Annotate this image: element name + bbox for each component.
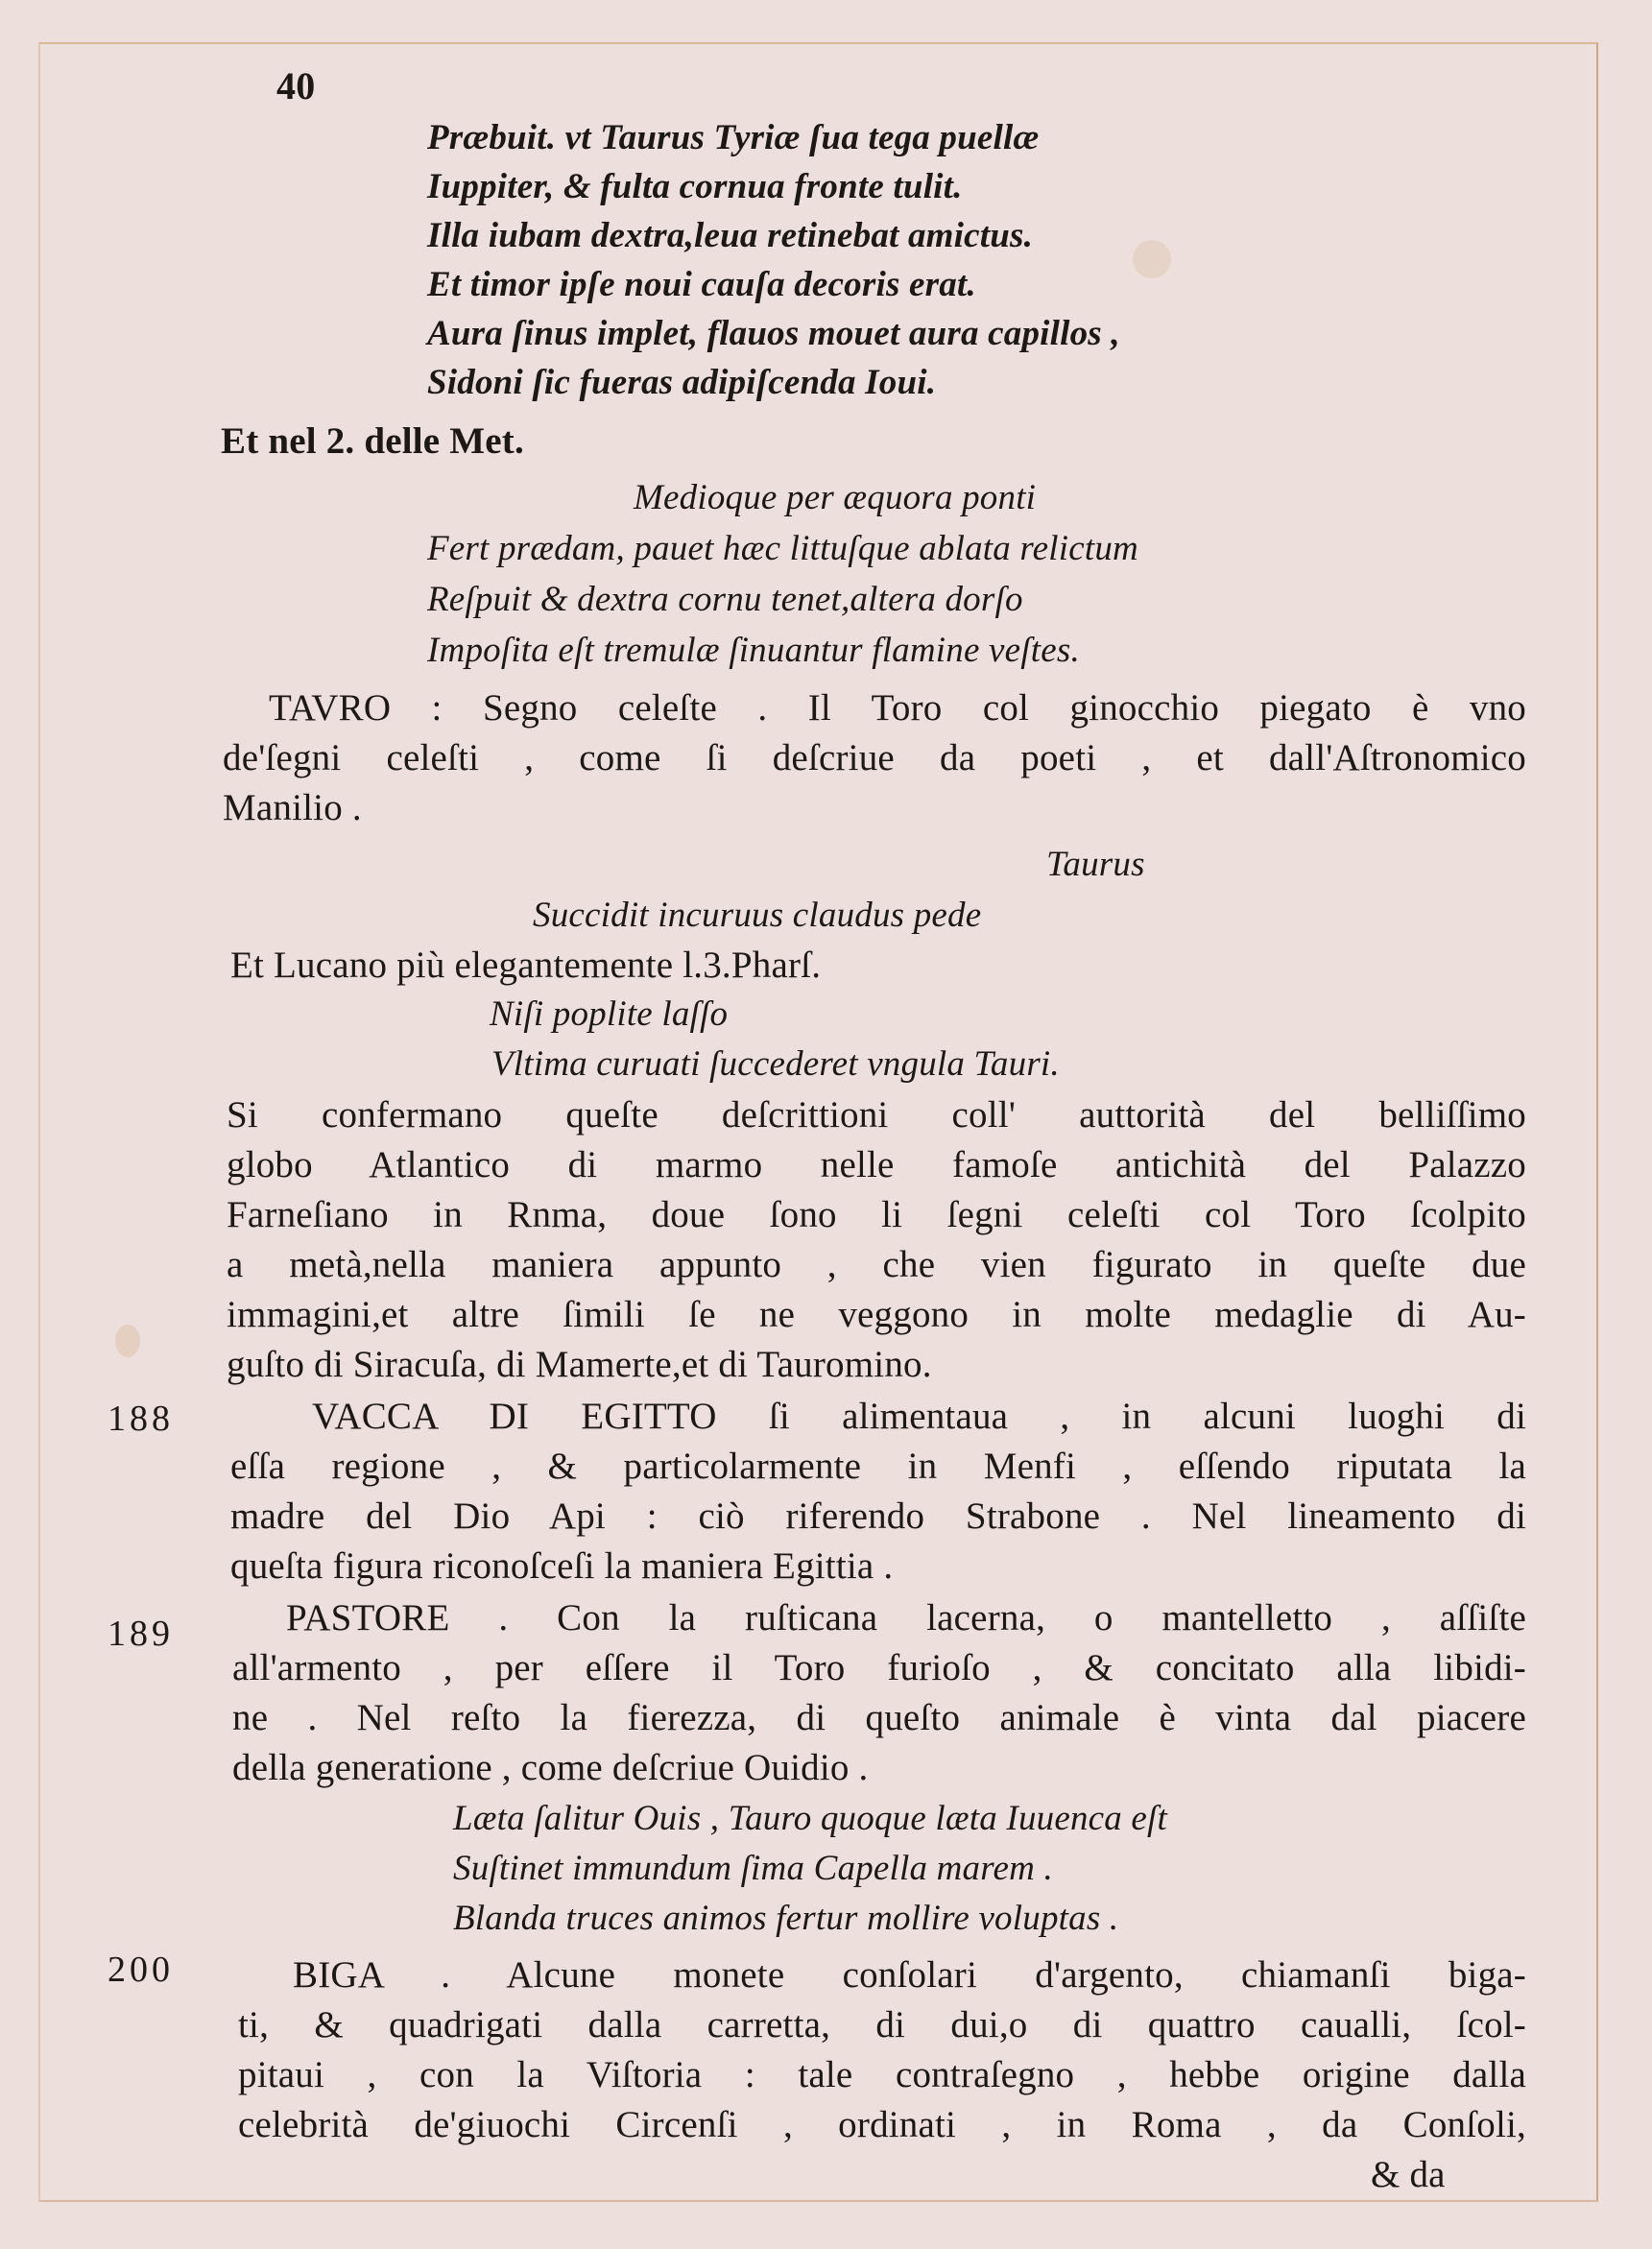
prose-line: ne . Nel reſto la fierezza, di queſto an… (232, 1699, 1526, 1736)
verse-line: Reſpuit & dextra cornu tenet,altera dorſ… (427, 582, 1023, 617)
verse-line: Illa iubam dextra,leua retinebat amictus… (427, 218, 1033, 253)
margin-number: 188 (108, 1398, 174, 1440)
entry-line-tavro: TAVRO : Segno celeſte . Il Toro col gino… (269, 689, 1526, 727)
prose-line: eſſa regione , & particolarmente in Menf… (230, 1447, 1526, 1485)
catchword: & da (1371, 2156, 1446, 2193)
entry-line-vacca: VACCA DI EGITTO ſi alimentaua , in alcun… (312, 1398, 1526, 1435)
verse-line: Vltima curuati ſuccederet vngula Tauri. (491, 1046, 1060, 1082)
verse-line: Suſtinet immundum ſima Capella marem . (453, 1851, 1053, 1886)
verse-line: Niſi poplite laſſo (490, 996, 728, 1032)
prose-line: queſta figura riconoſceſi la maniera Egi… (230, 1547, 893, 1585)
prose-line: Et Lucano più elegantemente l.3.Pharſ. (230, 946, 821, 984)
entry-line-biga: BIGA . Alcune monete conſolari d'argento… (293, 1956, 1526, 1994)
prose-line: Farneſiano in Rnma, doue ſono li ſegni c… (227, 1196, 1526, 1233)
margin-number: 200 (108, 1949, 174, 1991)
foxing-stain (1133, 240, 1171, 278)
verse-line: Succidit incuruus claudus pede (533, 897, 981, 933)
prose-line: a metà,nella maniera appunto , che vien … (227, 1246, 1526, 1283)
prose-line: guſto di Siracuſa, di Mamerte,et di Taur… (227, 1346, 932, 1383)
margin-number: 189 (108, 1613, 174, 1655)
prose-line: celebrità de'giuochi Circenſi , ordinati… (238, 2106, 1526, 2143)
verse-line: Iuppiter, & fulta cornua fronte tulit. (427, 169, 963, 204)
verse-line: Fert prædam, pauet hæc littuſque ablata … (427, 531, 1138, 566)
prose-line: ti, & quadrigati dalla carretta, di dui,… (238, 2006, 1526, 2044)
verse-line: Taurus (1046, 847, 1145, 882)
entry-line-pastore: PASTORE . Con la ruſticana lacerna, o ma… (286, 1599, 1526, 1637)
verse-line: Blanda truces animos fertur mollire volu… (453, 1901, 1118, 1936)
verse-line: Præbuit. vt Taurus Tyriæ ſua tega puellæ (427, 120, 1039, 156)
prose-line: della generatione , come deſcriue Ouidio… (232, 1749, 868, 1786)
verse-line: Aura ſinus implet, flauos mouet aura cap… (427, 316, 1120, 351)
prose-line: pitaui , con la Viſtoria : tale contraſe… (238, 2056, 1526, 2093)
prose-line: Et nel 2. delle Met. (221, 422, 524, 460)
prose-line: all'armento , per eſſere il Toro furioſo… (232, 1649, 1526, 1687)
verse-line: Sidoni ſic fueras adipiſcenda Ioui. (427, 365, 936, 400)
prose-line: Manilio . (223, 789, 362, 826)
verse-line: Et timor ipſe noui cauſa decoris erat. (427, 267, 976, 302)
verse-line: Læta ſalitur Ouis , Tauro quoque læta Iu… (453, 1801, 1167, 1836)
prose-line: de'ſegni celeſti , come ſi deſcriue da p… (223, 739, 1526, 777)
verse-line: Medioque per æquora ponti (634, 480, 1036, 515)
prose-line: Si confermano queſte deſcrittioni coll' … (227, 1096, 1526, 1134)
foxing-stain (115, 1325, 140, 1357)
page-number: 40 (276, 67, 315, 106)
verse-line: Impoſita eſt tremulæ ſinuantur flamine v… (427, 633, 1080, 668)
prose-line: madre del Dio Api : ciò riferendo Strabo… (230, 1497, 1526, 1535)
prose-line: immagini,et altre ſimili ſe ne veggono i… (227, 1296, 1526, 1333)
prose-line: globo Atlantico di marmo nelle famoſe an… (227, 1146, 1526, 1184)
